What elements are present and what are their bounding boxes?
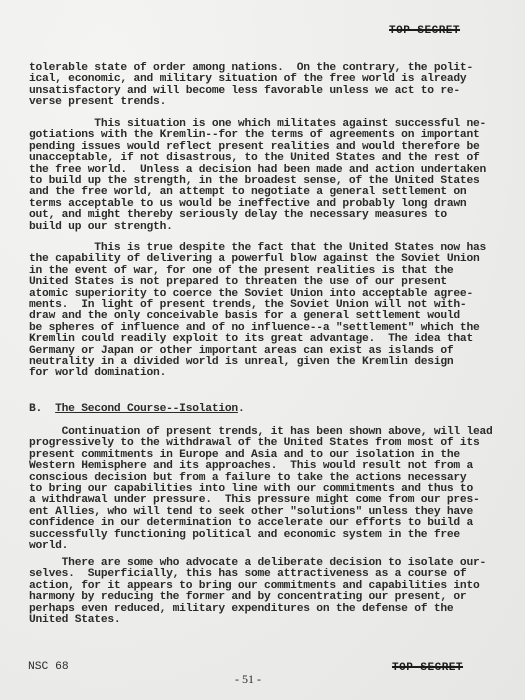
text-line: confidence in our determination to accel… (29, 518, 509, 529)
document-id: NSC 68 (28, 661, 69, 673)
text-line: build up our strength. (29, 222, 509, 233)
paragraph-5: There are some who advocate a deliberate… (29, 558, 509, 626)
paragraph-3: This is true despite the fact that the U… (29, 243, 509, 380)
text-line: harmony by reducing the former and by co… (29, 592, 509, 603)
text-line: United States is not prepared to threate… (29, 277, 509, 288)
text-line: Western Hemisphere and its approaches. T… (29, 461, 509, 472)
text-line: United States. (29, 615, 509, 626)
paragraph-4: Continuation of present trends, it has b… (29, 427, 509, 552)
text-line: successfully functioning political and e… (29, 530, 509, 541)
text-line: unacceptable, if not disastrous, to the … (29, 153, 509, 164)
section-heading: B. The Second Course--Isolation. (29, 403, 244, 415)
paragraph-1: tolerable state of order among nations. … (29, 63, 509, 109)
page-number: - 51 - (235, 672, 261, 687)
classification-stamp-bottom: TOP SECRET (392, 662, 463, 674)
text-line: world. (29, 541, 509, 552)
text-line: verse present trends. (29, 97, 509, 108)
document-page: TOP SECRET tolerable state of order amon… (0, 0, 525, 700)
section-title: The Second Course--Isolation (55, 403, 238, 415)
text-line: out, and might thereby seriously delay t… (29, 210, 509, 221)
section-letter: B. (29, 403, 42, 415)
text-line: for world domination. (29, 368, 509, 379)
section-period: . (238, 403, 245, 415)
text-line: Kremlin could readily exploit to its gre… (29, 334, 509, 345)
paragraph-2: This situation is one which militates ag… (29, 119, 509, 233)
classification-stamp-top: TOP SECRET (389, 25, 460, 37)
